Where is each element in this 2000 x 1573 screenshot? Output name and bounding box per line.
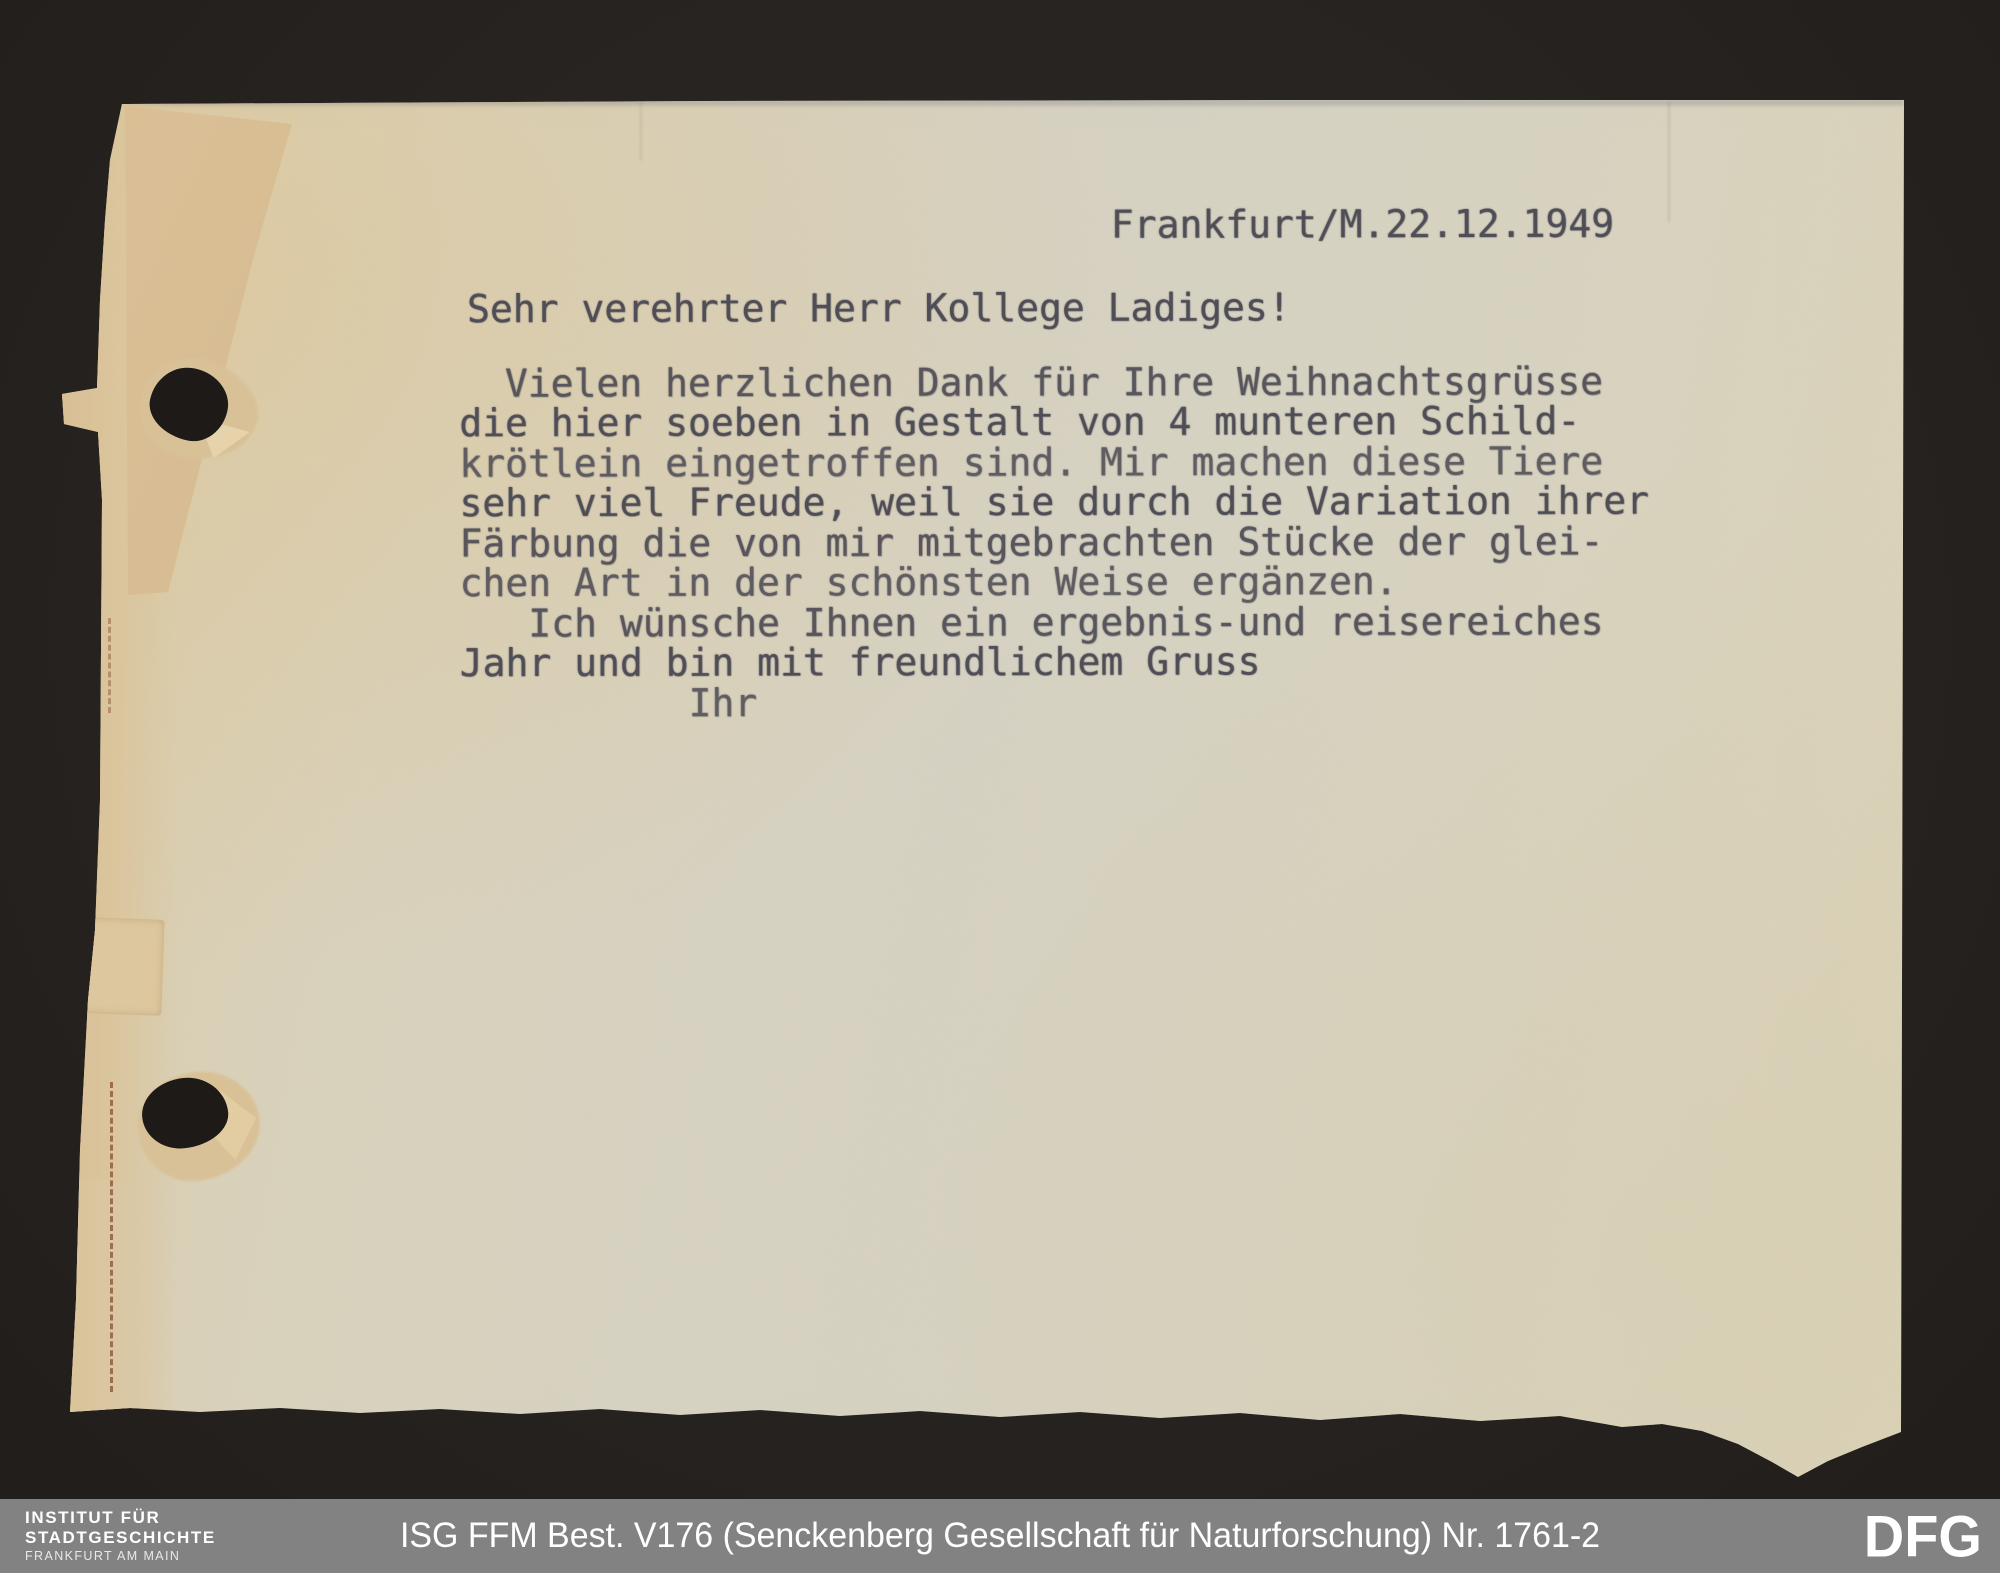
letter-line: krötlein eingetroffen sind. Mir machen d… (459, 441, 1649, 483)
letter-page: Frankfurt/M.22.12.1949 Sehr verehrter He… (0, 0, 2000, 1573)
dfg-logo: DFG (1864, 1502, 1982, 1570)
letter-line: die hier soeben in Gestalt von 4 muntere… (459, 401, 1649, 443)
letter-line: sehr viel Freude, weil sie durch die Var… (459, 481, 1649, 523)
letter-signature-line: Ihr (460, 681, 1650, 723)
letter-line: chen Art in der schönsten Weise ergänzen… (460, 561, 1650, 603)
isg-logo-line: FRANKFURT AM MAIN (25, 1549, 216, 1564)
letter-line: Färbung die von mir mitgebrachten Stücke… (459, 521, 1649, 563)
letter-body: Vielen herzlichen Dank für Ihre Weihnach… (459, 361, 1649, 723)
isg-logo-line: STADTGESCHICHTE (25, 1528, 216, 1548)
isg-logo-line: INSTITUT FÜR (25, 1508, 216, 1528)
scan-background: Frankfurt/M.22.12.1949 Sehr verehrter He… (0, 0, 2000, 1573)
letter-line: Jahr und bin mit freundlichem Gruss (460, 641, 1650, 683)
archive-footer-bar: INSTITUT FÜR STADTGESCHICHTE FRANKFURT A… (0, 1499, 2000, 1573)
typewritten-letter-text: Frankfurt/M.22.12.1949 Sehr verehrter He… (0, 0, 2000, 1573)
archive-reference-caption: ISG FFM Best. V176 (Senckenberg Gesellsc… (400, 1516, 1600, 1556)
isg-institute-logo: INSTITUT FÜR STADTGESCHICHTE FRANKFURT A… (25, 1508, 216, 1564)
letter-dateline: Frankfurt/M.22.12.1949 (1111, 202, 1614, 247)
letter-salutation: Sehr verehrter Herr Kollege Ladiges! (467, 285, 1291, 331)
letter-line: Vielen herzlichen Dank für Ihre Weihnach… (459, 361, 1649, 403)
letter-line: Ich wünsche Ihnen ein ergebnis-und reise… (460, 601, 1650, 643)
